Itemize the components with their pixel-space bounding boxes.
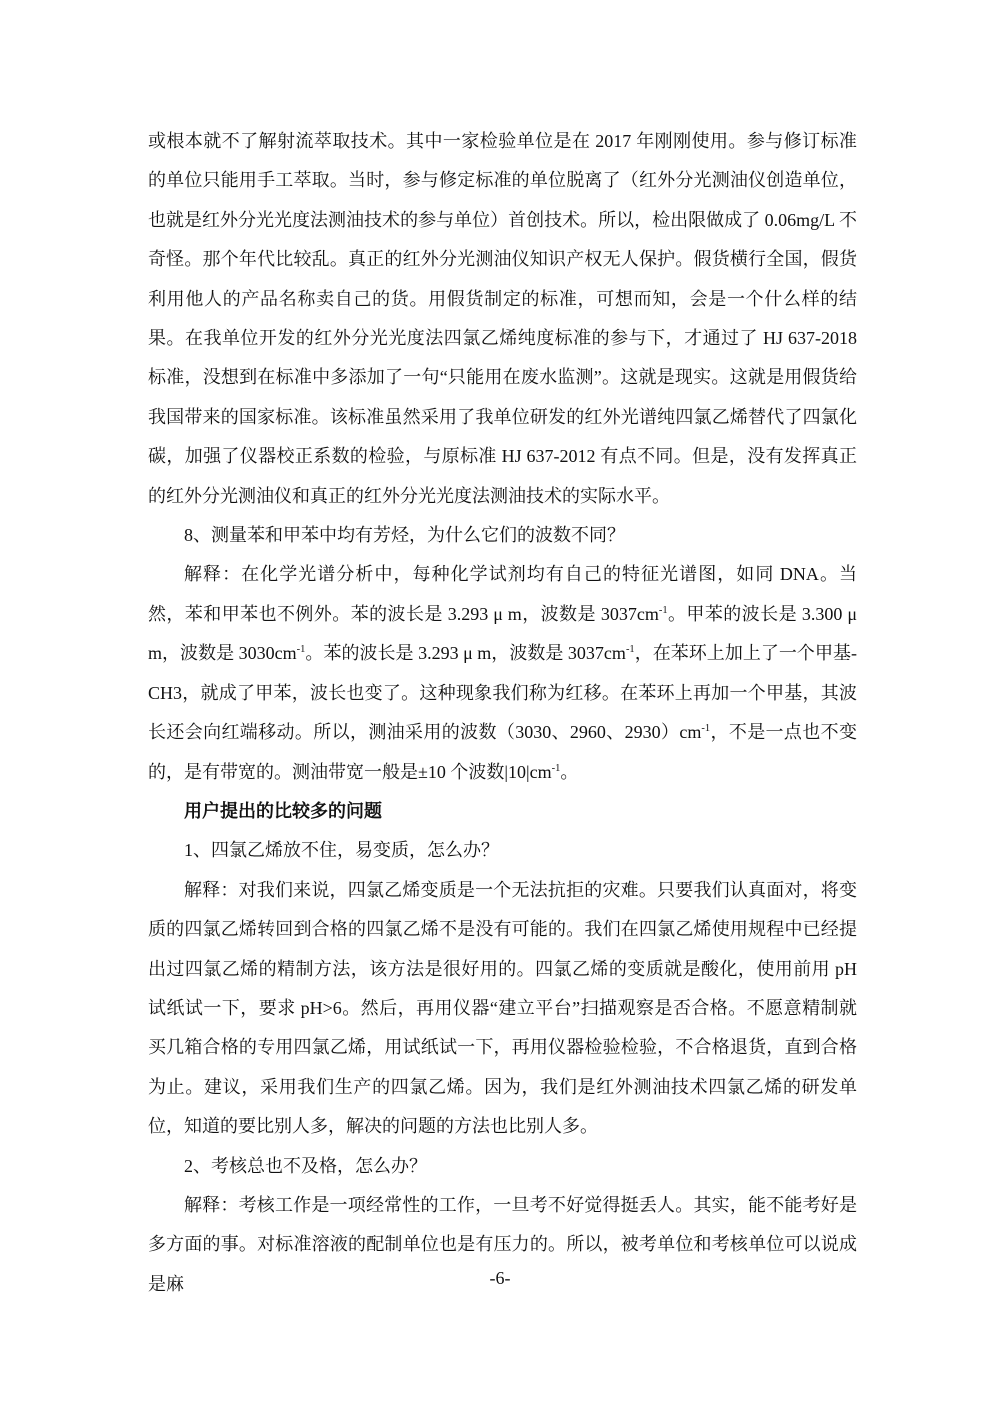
question-2: 2、考核总也不及格，怎么办？ (148, 1147, 857, 1186)
document-page: 或根本就不了解射流萃取技术。其中一家检验单位是在 2017 年刚刚使用。参与修订… (0, 0, 1000, 1414)
page-number: -6- (0, 1266, 1000, 1290)
answer-8: 解释：在化学光谱分析中，每种化学试剂均有自己的特征光谱图，如同 DNA。当然，苯… (148, 555, 857, 791)
question-1: 1、四氯乙烯放不住，易变质，怎么办？ (148, 831, 857, 870)
answer-1: 解释：对我们来说，四氯乙烯变质是一个无法抗拒的灾难。只要我们认真面对，将变质的四… (148, 871, 857, 1147)
question-8: 8、测量苯和甲苯中均有芳烃，为什么它们的波数不同？ (148, 516, 857, 555)
paragraph-continuation: 或根本就不了解射流萃取技术。其中一家检验单位是在 2017 年刚刚使用。参与修订… (148, 122, 857, 516)
document-body: 或根本就不了解射流萃取技术。其中一家检验单位是在 2017 年刚刚使用。参与修订… (148, 122, 857, 1304)
section-heading-user-questions: 用户提出的比较多的问题 (148, 792, 857, 831)
